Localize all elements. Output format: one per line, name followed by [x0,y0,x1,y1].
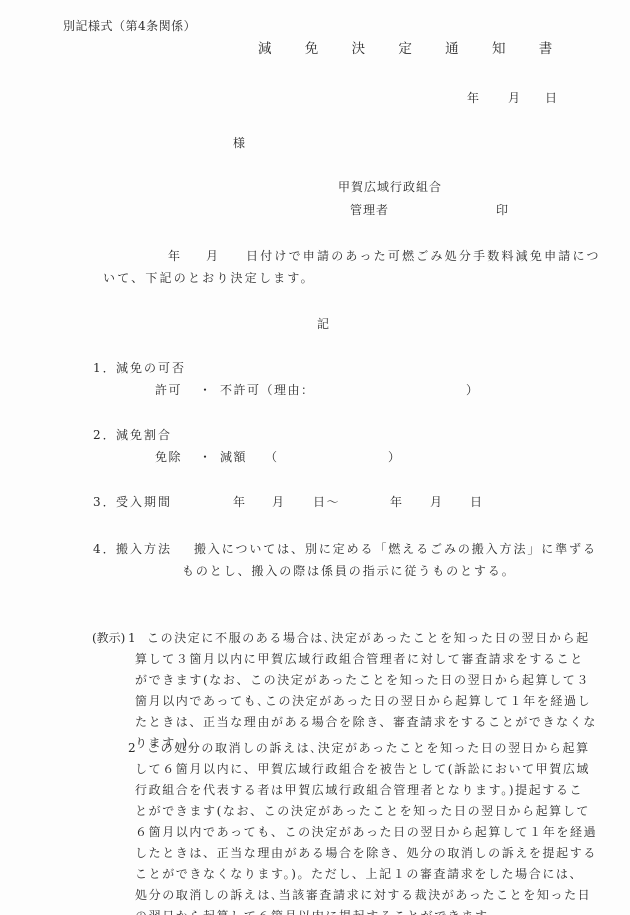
period-start-day: 日～ [313,496,340,508]
section-number: 3． [93,496,117,508]
option-reduction: 減額 [220,451,247,463]
option-exemption: 免除 [155,451,182,463]
notice-line: ができます(なお、この決定があったことを知った日の翌日から起算して３ [135,674,590,686]
option-separator: ・ [199,384,213,396]
notice-line: 算して３箇月以内に甲賀広域行政組合管理者に対して審査請求をすること [135,653,584,665]
option-deny-reason: 不許可（理由： [220,384,315,396]
period-start-year: 年 [233,496,247,508]
date-day-label: 日 [545,92,557,104]
notice-line: たときは、正当な理由がある場合を除き、審査請求をすることができなくな [135,716,597,728]
date-year-label: 年 [467,92,479,104]
issuer-title: 管理者 [350,204,389,216]
intro-line-1: 日付けで申請のあった可燃ごみ処分手数料減免申請につ [246,250,601,262]
section-heading: 減免割合 [116,429,172,441]
reason-close-paren: ） [466,384,480,396]
section-number: 4． [93,543,117,555]
notice-line: この決定に不服のある場合は､決定があったことを知った日の翌日から起 [147,632,590,644]
notice-line: この処分の取消しの訴えは､決定があったことを知った日の翌日から起算 [147,742,590,754]
reduction-open-paren: （ [265,451,279,463]
notice-line: 行政組合を代表する者は甲賀広域行政組合管理者となります。)提起するこ [135,784,583,796]
intro-line-2: いて、下記のとおり決定します。 [103,272,315,284]
notice-item-number: 2 [128,742,137,754]
period-end-day: 日 [470,496,484,508]
ki-heading: 記 [317,318,329,330]
notice-line: 箇月以内であっても､この決定があった日の翌日から起算して１年を経過し [135,695,591,707]
section-number: 2． [93,429,117,441]
date-month-label: 月 [508,92,520,104]
option-approve: 許可 [155,384,182,396]
period-end-month: 月 [430,496,444,508]
notice-line: したときは、正当な理由がある場合を除き、処分の取消しの訴えを提起する [135,847,597,859]
notice-item-number: 1 [128,632,137,644]
option-separator: ・ [199,451,213,463]
notice-line: ことができなくなります。)。ただし、上記１の審査請求をした場合には、 [135,868,583,880]
intro-year-label: 年 [168,250,182,262]
intro-month-label: 月 [206,250,220,262]
seal-mark: 印 [496,204,508,216]
recipient-suffix: 様 [233,137,245,149]
document-title: 減 免 決 定 通 知 書 [258,43,567,57]
notice-line: ６箇月以内であっても、この決定があった日の翌日から起算して１年を経過 [135,826,597,838]
reduction-close-paren: ） [388,451,402,463]
form-label: 別記様式（第4条関係） [63,20,196,32]
period-end-year: 年 [390,496,404,508]
period-start-month: 月 [272,496,286,508]
notice-line: して６箇月以内に、甲賀広域行政組合を被告として(訴訟において甲賀広域 [135,763,590,775]
section-number: 1． [93,362,117,374]
issuer-organization: 甲賀広域行政組合 [338,181,442,193]
section-heading: 搬入方法 [116,543,172,555]
notice-line: 処分の取消しの訴えは､当該審査請求に対する裁決があったことを知った日 [135,889,591,901]
notice-line: の翌日から起算して６箇月以内に提起することができます。 [135,910,501,915]
delivery-method-line-2: ものとし、搬入の際は係員の指示に従うものとする。 [182,565,516,577]
notice-label: (教示) [92,632,125,644]
delivery-method-line-1: 搬入については、別に定める「燃えるごみの搬入方法」に準ずる [194,543,597,555]
section-heading: 受入期間 [116,496,172,508]
section-heading: 減免の可否 [116,362,186,374]
notice-line: とができます(なお、この決定があったことを知った日の翌日から起算して [135,805,590,817]
